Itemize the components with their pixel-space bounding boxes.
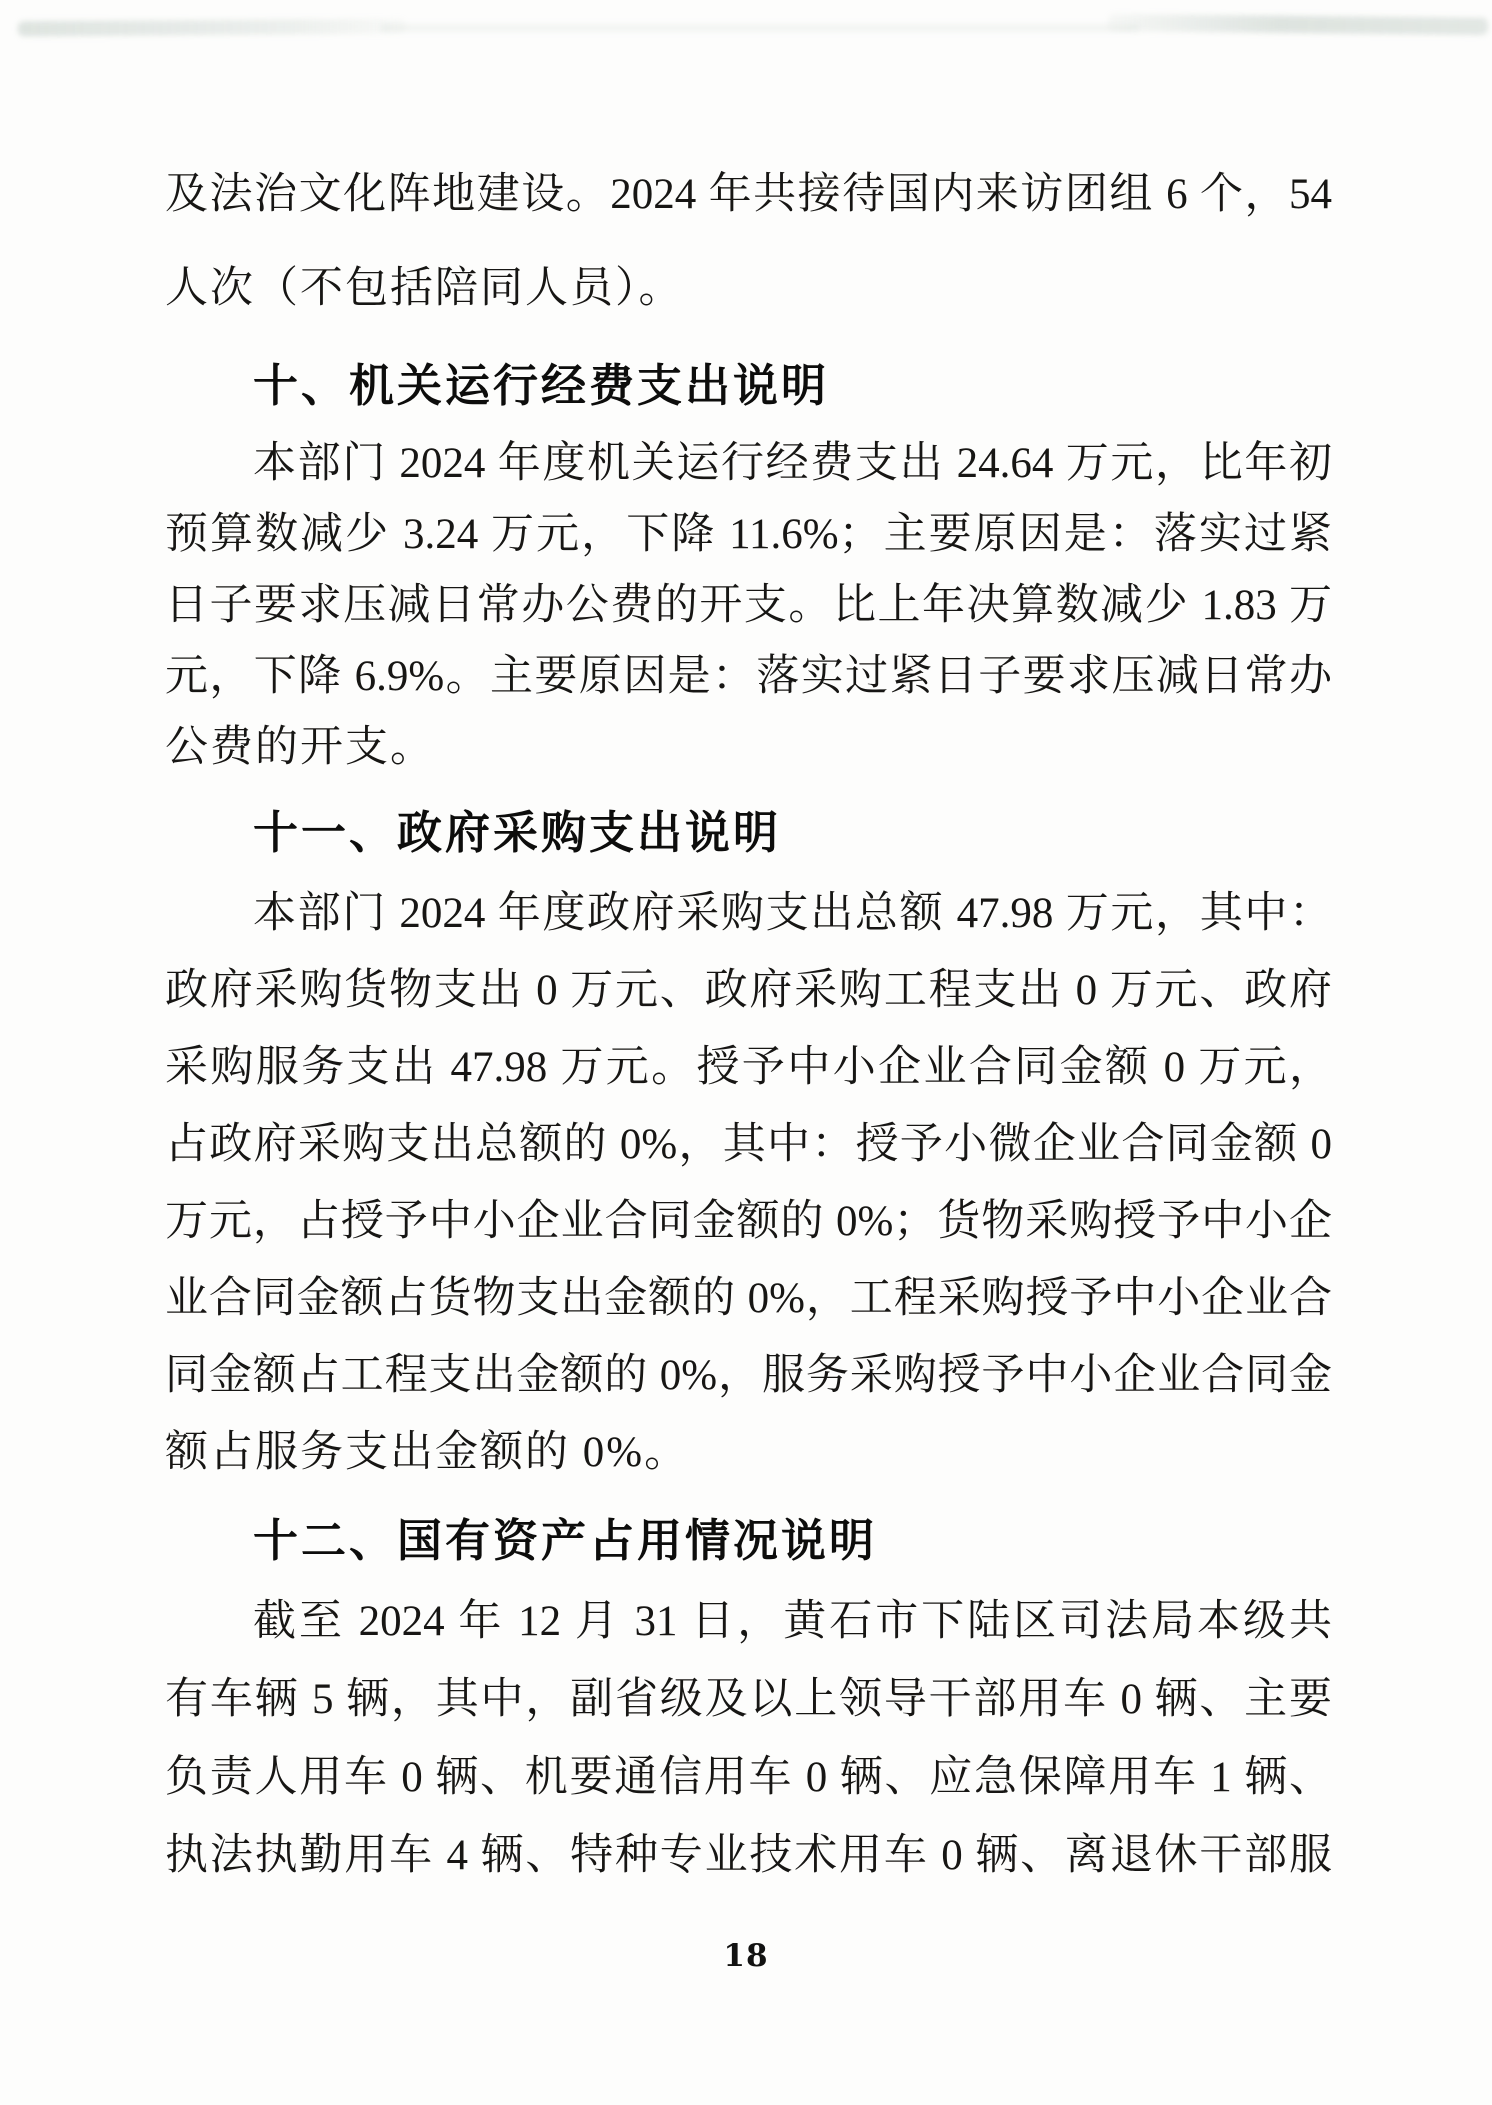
document-page: 及法治文化阵地建设。2024 年共接待国内来访团组 6 个，54人次（不包括陪同… bbox=[0, 0, 1492, 2105]
scan-artifact-top-right bbox=[1108, 14, 1488, 35]
text-line: 同金额占工程支出金额的 0%，服务采购授予中小企业合同金 bbox=[165, 1337, 1332, 1414]
heading-section-11: 十一、政府采购支出说明 bbox=[165, 795, 1332, 871]
text-line: 执法执勤用车 4 辆、特种专业技术用车 0 辆、离退休干部服 bbox=[165, 1817, 1332, 1895]
text-line: 及法治文化阵地建设。2024 年共接待国内来访团组 6 个，54 bbox=[165, 148, 1332, 242]
text-line: 本部门 2024 年度政府采购支出总额 47.98 万元，其中： bbox=[165, 875, 1332, 952]
scan-artifact-top-middle bbox=[380, 24, 1140, 32]
heading-section-12: 十二、国有资产占用情况说明 bbox=[165, 1503, 1332, 1579]
paragraph-intro: 及法治文化阵地建设。2024 年共接待国内来访团组 6 个，54人次（不包括陪同… bbox=[165, 148, 1332, 336]
scan-artifact-top-left bbox=[18, 19, 406, 37]
text-line: 元，下降 6.9%。主要原因是：落实过紧日子要求压减日常办 bbox=[165, 641, 1332, 712]
text-line: 政府采购货物支出 0 万元、政府采购工程支出 0 万元、政府 bbox=[165, 952, 1332, 1029]
paragraph-s12: 截至 2024 年 12 月 31 日，黄石市下陆区司法局本级共有车辆 5 辆，… bbox=[165, 1583, 1332, 1895]
text-line: 有车辆 5 辆，其中，副省级及以上领导干部用车 0 辆、主要 bbox=[165, 1661, 1332, 1739]
text-line: 本部门 2024 年度机关运行经费支出 24.64 万元，比年初 bbox=[165, 428, 1332, 499]
document-body: 及法治文化阵地建设。2024 年共接待国内来访团组 6 个，54人次（不包括陪同… bbox=[165, 148, 1332, 1895]
heading-section-10: 十、机关运行经费支出说明 bbox=[165, 348, 1332, 424]
text-line: 日子要求压减日常办公费的开支。比上年决算数减少 1.83 万 bbox=[165, 570, 1332, 641]
text-line: 万元，占授予中小企业合同金额的 0%；货物采购授予中小企 bbox=[165, 1183, 1332, 1260]
text-line: 占政府采购支出总额的 0%，其中：授予小微企业合同金额 0 bbox=[165, 1106, 1332, 1183]
text-line: 截至 2024 年 12 月 31 日，黄石市下陆区司法局本级共 bbox=[165, 1583, 1332, 1661]
text-line: 采购服务支出 47.98 万元。授予中小企业合同金额 0 万元， bbox=[165, 1029, 1332, 1106]
text-line: 人次（不包括陪同人员）。 bbox=[165, 242, 1332, 336]
paragraph-s11: 本部门 2024 年度政府采购支出总额 47.98 万元，其中：政府采购货物支出… bbox=[165, 875, 1332, 1491]
text-line: 预算数减少 3.24 万元，下降 11.6%；主要原因是：落实过紧 bbox=[165, 499, 1332, 570]
text-line: 负责人用车 0 辆、机要通信用车 0 辆、应急保障用车 1 辆、 bbox=[165, 1739, 1332, 1817]
text-line: 额占服务支出金额的 0%。 bbox=[165, 1414, 1332, 1491]
paragraph-s10: 本部门 2024 年度机关运行经费支出 24.64 万元，比年初预算数减少 3.… bbox=[165, 428, 1332, 783]
page-number: 18 bbox=[0, 1938, 1492, 1974]
text-line: 业合同金额占货物支出金额的 0%，工程采购授予中小企业合 bbox=[165, 1260, 1332, 1337]
text-line: 公费的开支。 bbox=[165, 712, 1332, 783]
